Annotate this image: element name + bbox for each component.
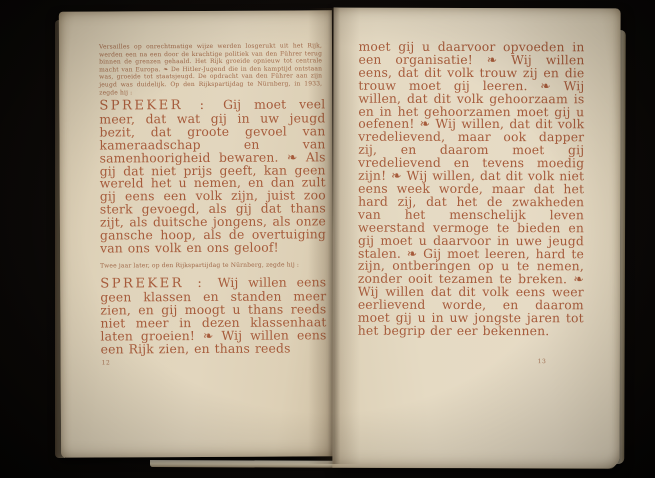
between-caption: Twee jaar later, op den Rijkspartijdag t… bbox=[100, 261, 323, 270]
speech-paragraph-2: SPREKER : Wij willen eens geen klassen e… bbox=[100, 276, 326, 356]
speech-text: Gij moet veel meer, dat wat gij in uw je… bbox=[99, 96, 326, 255]
speech-paragraph-continued: moet gij u daarvoor opvoeden in een orga… bbox=[358, 41, 585, 338]
right-page: moet gij u daarvoor opvoeden in een orga… bbox=[332, 8, 620, 469]
intro-caption: Versailles op onrechtmatige wijze werden… bbox=[99, 42, 322, 96]
speech-paragraph-1: SPREKER : Gij moet veel meer, dat wat gi… bbox=[99, 98, 326, 255]
page-number-left: 12 bbox=[102, 359, 111, 366]
page-number-right: 13 bbox=[538, 358, 547, 365]
photo-background: Versailles op onrechtmatige wijze werden… bbox=[0, 0, 655, 478]
left-page: Versailles op onrechtmatige wijze werden… bbox=[59, 10, 334, 457]
